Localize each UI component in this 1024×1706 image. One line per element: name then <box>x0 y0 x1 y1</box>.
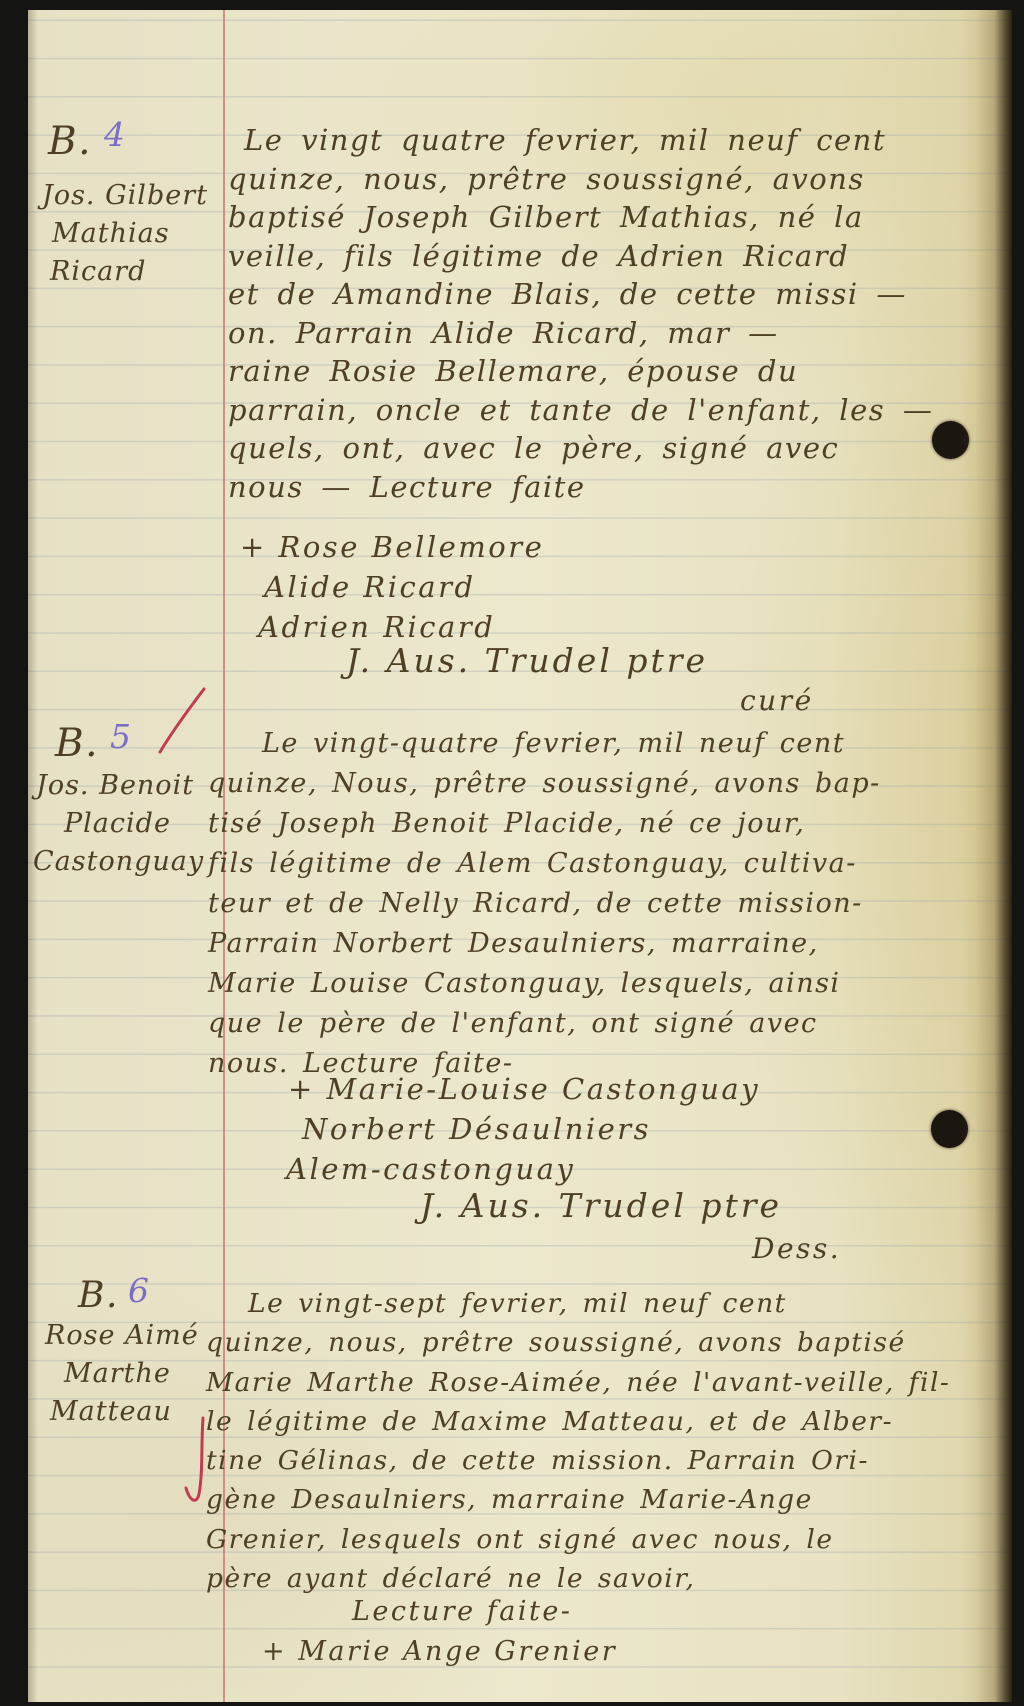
record-text-line: baptisé Joseph Gilbert Mathias, né la <box>228 198 933 237</box>
record-text-line: quinze, nous, prêtre soussigné, avons <box>228 160 933 199</box>
record-text-line: Le vingt-quatre fevrier, mil neuf cent <box>208 724 881 764</box>
record-text-line: quinze, nous, prêtre soussigné, avons ba… <box>206 1323 950 1362</box>
record-text-line: quinze, Nous, prêtre soussigné, avons ba… <box>208 764 881 804</box>
record-margin-name: Rose Aimé <box>45 1322 199 1349</box>
signature: + Marie Ange Grenier <box>262 1636 617 1667</box>
register-page: B. 4 Jos. Gilbert Mathias Ricard Le ving… <box>28 10 1012 1702</box>
scanned-register-photo: { "document": { "kind": "handwritten par… <box>0 0 1024 1706</box>
record-text-line: Grenier, lesquels ont signé avec nous, l… <box>206 1520 950 1559</box>
priest-signature: J. Aus. Trudel ptre <box>420 1186 782 1225</box>
entry-letter: B. <box>55 724 99 763</box>
record-text-line: on. Parrain Alide Ricard, mar — <box>228 314 933 353</box>
record-text-line: veille, fils légitime de Adrien Ricard <box>228 237 933 276</box>
signature: Norbert Désaulniers <box>302 1112 651 1146</box>
record-text-line: tine Gélinas, de cette mission. Parrain … <box>206 1441 950 1480</box>
record-text-line: quels, ont, avec le père, signé avec <box>228 429 933 468</box>
entry-number: 4 <box>104 118 125 151</box>
record-text-line: Marie Louise Castonguay, lesquels, ainsi <box>208 964 881 1004</box>
record-margin-name: Placide <box>64 810 171 837</box>
priest-role: Dess. <box>752 1232 841 1265</box>
record-text-line: que le père de l'enfant, ont signé avec <box>208 1004 881 1044</box>
record-text-line: nous — Lecture faite <box>228 468 933 507</box>
signature: Adrien Ricard <box>258 610 495 644</box>
record-text-line: teur et de Nelly Ricard, de cette missio… <box>208 884 881 924</box>
record-body-text: Le vingt quatre fevrier, mil neuf cent q… <box>228 121 933 506</box>
record-text-line: Parrain Norbert Desaulniers, marraine, <box>208 924 881 964</box>
record-margin-name: Matteau <box>50 1398 172 1425</box>
record-text-line: père ayant déclaré ne le savoir, <box>206 1559 950 1598</box>
record-margin-name: Jos. Benoit <box>36 772 194 799</box>
record-text-line: et de Amandine Blais, de cette missi — <box>228 275 933 314</box>
priest-role: curé <box>740 684 814 717</box>
record-text-line: le légitime de Maxime Matteau, et de Alb… <box>206 1402 950 1441</box>
priest-signature: J. Aus. Trudel ptre <box>346 641 708 680</box>
record-margin-name: Castonguay <box>33 848 204 875</box>
record-margin-name: Mathias <box>52 220 170 247</box>
record-body-text: Le vingt-quatre fevrier, mil neuf cent q… <box>208 724 881 1084</box>
closing-line: Lecture faite- <box>352 1596 572 1627</box>
entry-number: 5 <box>110 720 131 753</box>
record-text-line: Le vingt-sept fevrier, mil neuf cent <box>206 1284 950 1323</box>
record-margin-name: Marthe <box>64 1360 171 1387</box>
record-body-text: Le vingt-sept fevrier, mil neuf cent qui… <box>206 1284 950 1598</box>
record-text-line: Le vingt quatre fevrier, mil neuf cent <box>228 121 933 160</box>
record-text-line: tisé Joseph Benoit Placide, né ce jour, <box>208 804 881 844</box>
entry-letter: B. <box>48 122 92 161</box>
record-text-line: gène Desaulniers, marraine Marie-Ange <box>206 1480 950 1519</box>
entry-number: 6 <box>128 1274 149 1307</box>
signature: Alide Ricard <box>264 570 476 604</box>
signature: + Rose Bellemore <box>240 530 544 564</box>
signature: + Marie-Louise Castonguay <box>288 1072 760 1106</box>
record-text-line: raine Rosie Bellemare, épouse du <box>228 352 933 391</box>
page-right-edge-shadow <box>960 10 1012 1702</box>
signature: Alem-castonguay <box>286 1152 575 1186</box>
record-text-line: parrain, oncle et tante de l'enfant, les… <box>228 391 933 430</box>
page-left-edge-shadow <box>28 10 38 1702</box>
record-margin-name: Ricard <box>50 258 146 285</box>
record-text-line: fils légitime de Alem Castonguay, cultiv… <box>208 844 881 884</box>
entry-letter: B. <box>78 1278 119 1314</box>
record-text-line: Marie Marthe Rose-Aimée, née l'avant-vei… <box>206 1363 950 1402</box>
record-margin-name: Jos. Gilbert <box>42 182 208 209</box>
